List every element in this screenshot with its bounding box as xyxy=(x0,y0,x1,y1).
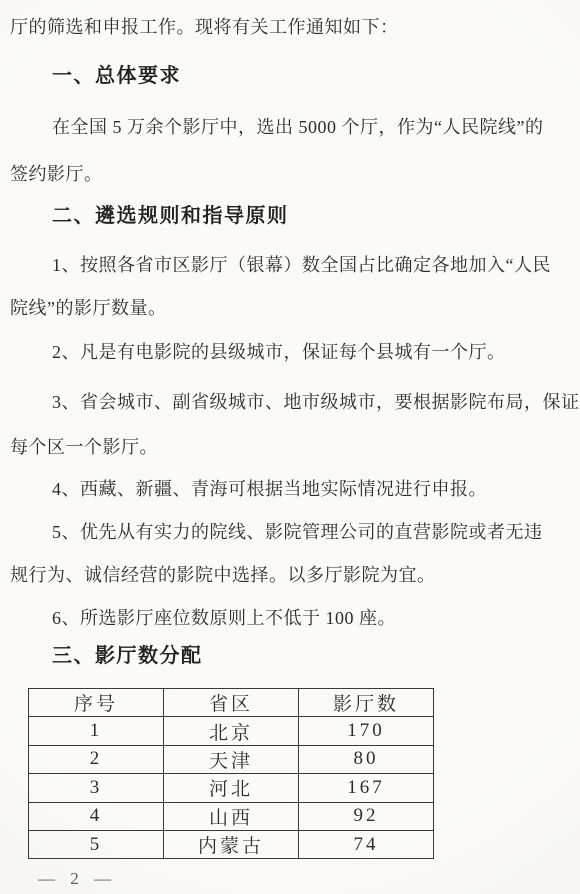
page-number: — 2 — xyxy=(38,869,112,889)
line-text: 2、凡是有电影院的县级城市，保证每个县城有一个厅。 xyxy=(52,342,506,362)
cell-province: 天津 xyxy=(164,745,299,773)
line-text: 6、所选影厅座位数原则上不低于 100 座。 xyxy=(52,608,396,628)
table-row: 5 内蒙古 74 xyxy=(29,830,434,858)
line-text: 院线”的影厅数量。 xyxy=(10,298,167,318)
cinema-allocation-table: 序号 省区 影厅数 1 北京 170 2 天津 80 xyxy=(28,688,434,859)
document-line: 每个区一个影厅。 xyxy=(10,432,158,462)
line-text: 5、优先从有实力的院线、影院管理公司的直营影院或者无违 xyxy=(52,522,543,542)
cell-province: 北京 xyxy=(164,717,299,745)
column-header-index: 序号 xyxy=(29,689,164,717)
cell-count: 170 xyxy=(299,717,434,745)
line-text: 二、遴选规则和指导原则 xyxy=(52,205,289,227)
document-line: 5、优先从有实力的院线、影院管理公司的直营影院或者无违 xyxy=(52,517,543,547)
cell-index: 2 xyxy=(29,745,164,773)
line-text: 三、影厅数分配 xyxy=(52,645,203,667)
table-row: 4 山西 92 xyxy=(29,802,434,830)
line-text: 3、省会城市、副省级城市、地市级城市，要根据影院布局，保证 xyxy=(52,392,580,412)
table-row: 2 天津 80 xyxy=(29,745,434,773)
line-text: 每个区一个影厅。 xyxy=(10,437,158,457)
table-row: 1 北京 170 xyxy=(29,717,434,745)
column-header-count: 影厅数 xyxy=(299,689,434,717)
document-line: 二、遴选规则和指导原则 xyxy=(52,201,289,231)
scanned-notice-page: 厅的筛选和申报工作。现将有关工作通知如下： 一、总体要求 在全国 5 万余个影厅… xyxy=(0,0,580,894)
document-line: 4、西藏、新疆、青海可根据当地实际情况进行申报。 xyxy=(52,474,487,504)
cell-count: 167 xyxy=(299,774,434,802)
cell-count: 80 xyxy=(299,745,434,773)
line-text: 一、总体要求 xyxy=(52,65,181,87)
document-line: 3、省会城市、副省级城市、地市级城市，要根据影院布局，保证 xyxy=(52,387,580,417)
document-line: 2、凡是有电影院的县级城市，保证每个县城有一个厅。 xyxy=(52,337,506,367)
line-text: 厅的筛选和申报工作。现将有关工作通知如下： xyxy=(10,17,399,37)
document-line: 在全国 5 万余个影厅中，选出 5000 个厅，作为“人民院线”的 xyxy=(52,112,543,142)
document-line: 签约影厅。 xyxy=(10,159,103,189)
line-text: 在全国 5 万余个影厅中，选出 5000 个厅，作为“人民院线”的 xyxy=(52,117,543,137)
document-line: 1、按照各省市区影厅（银幕）数全国占比确定各地加入“人民 xyxy=(52,250,551,280)
cell-count: 74 xyxy=(299,830,434,858)
cell-province: 河北 xyxy=(164,774,299,802)
cell-province: 内蒙古 xyxy=(164,830,299,858)
document-line: 三、影厅数分配 xyxy=(52,641,203,671)
column-header-province: 省区 xyxy=(164,689,299,717)
table-header-row: 序号 省区 影厅数 xyxy=(29,689,434,717)
document-line: 院线”的影厅数量。 xyxy=(10,293,167,323)
cell-index: 1 xyxy=(29,717,164,745)
line-text: 签约影厅。 xyxy=(10,164,103,184)
cell-index: 4 xyxy=(29,802,164,830)
cell-index: 3 xyxy=(29,774,164,802)
line-text: 4、西藏、新疆、青海可根据当地实际情况进行申报。 xyxy=(52,479,487,499)
line-text: 规行为、诚信经营的影院中选择。以多厅影院为宜。 xyxy=(10,565,436,585)
cell-province: 山西 xyxy=(164,802,299,830)
cell-count: 92 xyxy=(299,802,434,830)
line-text: 1、按照各省市区影厅（银幕）数全国占比确定各地加入“人民 xyxy=(52,255,551,275)
document-line: 一、总体要求 xyxy=(52,61,181,91)
document-line: 规行为、诚信经营的影院中选择。以多厅影院为宜。 xyxy=(10,560,436,590)
cell-index: 5 xyxy=(29,830,164,858)
document-line: 6、所选影厅座位数原则上不低于 100 座。 xyxy=(52,603,396,633)
table-row: 3 河北 167 xyxy=(29,774,434,802)
document-line: 厅的筛选和申报工作。现将有关工作通知如下： xyxy=(10,12,399,42)
